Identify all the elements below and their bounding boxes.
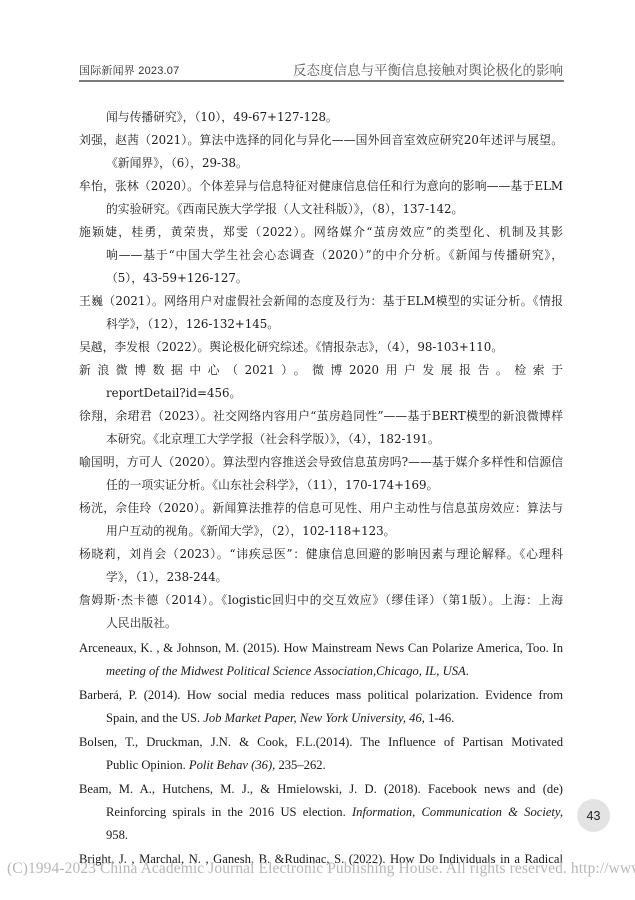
text-segment: Beam, M. A., Hutchens, M. J., & Hmielows…	[79, 782, 563, 797]
reference-line: 牟怡，张林（2020）。个体差异与信息特征对健康信息信任和行为意向的影响——基于…	[79, 178, 563, 194]
reference-line: 闻与传播研究》，（10），49-67+127-128。	[106, 109, 338, 125]
text-segment: , 1-46.	[422, 711, 455, 725]
text-segment: .	[466, 664, 469, 678]
text-segment: Arceneaux, K. , & Johnson, M. (2015). Ho…	[79, 641, 563, 655]
reference-line: 杨晓莉，刘肖会（2023）。“讳疾忌医”：健康信息回避的影响因素与理论解释。《心…	[79, 546, 563, 562]
reference-line: 响——基于“中国大学生社会心态调查（2020）”的中介分析。《新闻与传播研究》，	[106, 247, 563, 263]
reference-line: reportDetail?id=456。	[106, 385, 241, 401]
reference-line-beam-3: 958.	[106, 827, 128, 843]
reference-line-arceneaux-2: meeting of the Midwest Political Science…	[106, 663, 469, 679]
italic-segment: Polit Behav (36)	[189, 758, 272, 772]
reference-line: 《新闻界》，（6），29-38。	[106, 155, 248, 171]
reference-line-beam-2: Reinforcing spirals in the 2016 US elect…	[106, 804, 563, 820]
text-segment: 958.	[106, 828, 128, 842]
reference-line-barbera: Barberá, P. (2014). How social media red…	[79, 687, 563, 703]
journal-name-issue: 国际新闻界 2023.07	[79, 62, 179, 78]
reference-line: 詹姆斯·杰卡德（2014）。《logistic回归中的交互效应》（缪佳译）（第1…	[79, 592, 563, 608]
running-title: 反态度信息与平衡信息接触对舆论极化的影响	[293, 59, 563, 79]
reference-line-bolsen: Bolsen, T., Druckman, J.N. & Cook, F.L.(…	[79, 734, 563, 750]
text-segment: Spain, and the US.	[106, 711, 203, 725]
reference-line: 的实验研究。《西南民族大学学报（人文社科版）》，（8），137-142。	[106, 201, 463, 217]
reference-line: 人民出版社。	[106, 615, 177, 631]
reference-line: 吴越，李发根（2022）。舆论极化研究综述。《情报杂志》，（4），98-103+…	[79, 339, 503, 355]
reference-line: 新浪微博数据中心（2021）。微博2020用户发展报告。检索于https://d…	[79, 362, 563, 378]
text-segment: , 235–262.	[272, 758, 326, 772]
reference-line: 科学》，（12），126-132+145。	[106, 316, 279, 332]
reference-line: 本研究。《北京理工大学学报（社会科学版）》，（4），182-191。	[106, 431, 440, 447]
reference-line-arceneaux: Arceneaux, K. , & Johnson, M. (2015). Ho…	[79, 640, 563, 656]
reference-line-barbera-2: Spain, and the US. Job Market Paper, New…	[106, 710, 454, 726]
reference-line: 王巍（2021）。网络用户对虚假社会新闻的态度及行为：基于ELM模型的实证分析。…	[79, 293, 563, 309]
header-divider	[79, 80, 564, 82]
text-segment: Bolsen, T., Druckman, J.N. & Cook, F.L.(…	[79, 735, 563, 750]
text-segment: Reinforcing spirals in the 2016 US elect…	[106, 805, 352, 819]
reference-line: 喻国明，方可人（2020）。算法型内容推送会导致信息茧房吗?——基于媒介多样性和…	[79, 454, 563, 470]
reference-line: （5），43-59+126-127。	[106, 270, 248, 286]
journal-page: 国际新闻界 2023.07 反态度信息与平衡信息接触对舆论极化的影响 闻与传播研…	[0, 0, 635, 900]
italic-segment: Job Market Paper, New York University, 4…	[203, 711, 422, 725]
italic-segment: meeting of the Midwest Political Science…	[106, 664, 466, 678]
reference-line: 施颖婕，桂勇，黄荣贵，郑雯（2022）。网络媒介“茧房效应”的类型化、机制及其影	[79, 224, 563, 240]
reference-line-bolsen-2: Public Opinion. Polit Behav (36), 235–26…	[106, 757, 326, 773]
text-segment: Public Opinion.	[106, 758, 189, 772]
reference-line: 学》，（1），238-244。	[106, 569, 227, 585]
page-number-badge: 43	[577, 799, 610, 832]
reference-line: 杨洸，佘佳玲（2020）。新闻算法推荐的信息可见性、用户主动性与信息茧房效应：算…	[79, 500, 563, 516]
copyright-footer: (C)1994-2023 China Academic Journal Elec…	[7, 860, 635, 878]
reference-line: 任的一项实证分析。《山东社会科学》，（11），170-174+169。	[106, 477, 438, 493]
page-number: 43	[587, 809, 601, 823]
reference-line-beam: Beam, M. A., Hutchens, M. J., & Hmielows…	[79, 781, 563, 797]
reference-line: 刘强，赵茜（2021）。算法中选择的同化与异化——国外回音室效应研究20年述评与…	[79, 132, 563, 148]
reference-line: 用户互动的视角。《新闻大学》，（2），102-118+123。	[106, 523, 395, 539]
text-segment: Barberá, P. (2014). How social media red…	[79, 688, 563, 703]
reference-line: 徐翔，余珺君（2023）。社交网络内容用户“茧房趋同性”——基于BERT模型的新…	[79, 408, 563, 424]
